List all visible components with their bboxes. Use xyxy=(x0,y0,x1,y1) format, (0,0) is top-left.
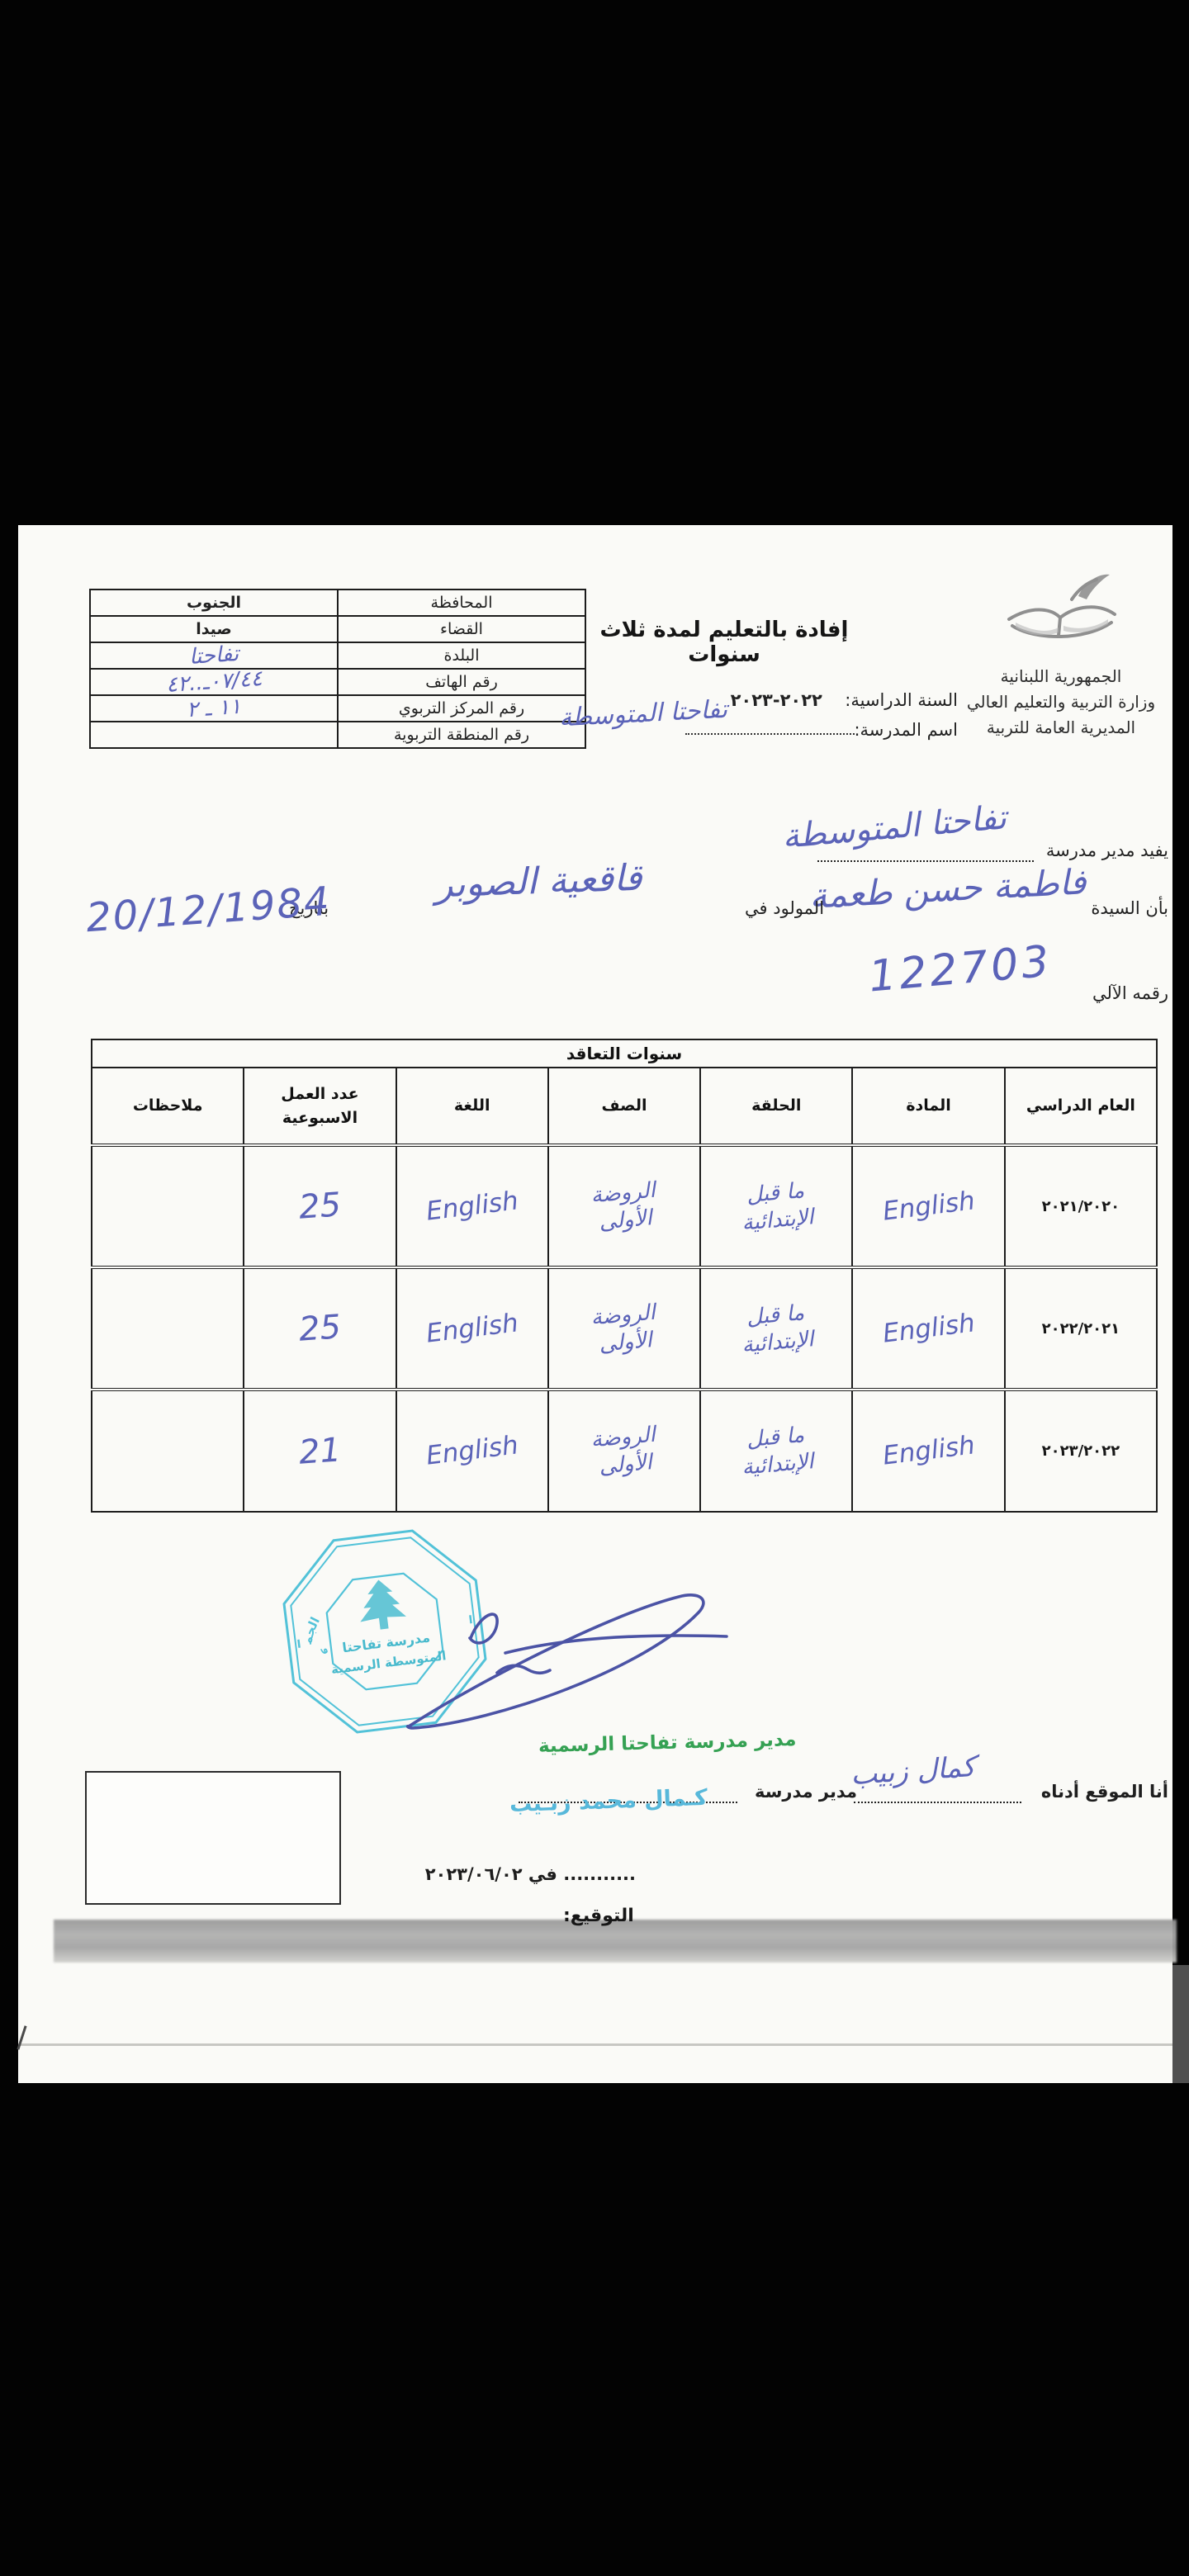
contract-cell xyxy=(92,1267,244,1390)
scanned-document-canvas: المحافظةالجنوبالقضاءصيداالبلدةتفاحتارقم … xyxy=(0,0,1189,2576)
info-table-row: المحافظةالجنوب xyxy=(90,590,585,616)
contract-cell: الروضةالأولى xyxy=(548,1267,700,1390)
school-name-label: اسم المدرسة: xyxy=(854,720,958,740)
contract-cell: English xyxy=(852,1145,1004,1267)
contract-cell: 21 xyxy=(244,1390,396,1512)
info-value: الجنوب xyxy=(90,590,338,616)
declaration-name-handwritten: كمال زبيب xyxy=(850,1753,976,1789)
contract-cell xyxy=(92,1145,244,1267)
signature-label: التوقيع: xyxy=(563,1906,634,1926)
contract-cell: ٢٠٢١/٢٠٢٠ xyxy=(1005,1145,1157,1267)
issue-date-line: ........... في ٢٠٢٣/٠٦/٠٢ xyxy=(425,1864,636,1884)
scan-edge-gray-strip xyxy=(1172,1965,1189,2083)
contract-years-table: سنوات التعاقد العام الدراسيالمادةالحلقةا… xyxy=(91,1039,1158,1513)
stamp-top-arc-text: الجمهورية اللبنانية xyxy=(273,1528,325,1650)
directorate-line: المديرية العامة للتربية xyxy=(966,715,1156,741)
empty-seal-box xyxy=(85,1771,341,1905)
svg-text:الجمهورية اللبنانية: الجمهورية اللبنانية xyxy=(273,1528,325,1650)
certificate-page: المحافظةالجنوبالقضاءصيداالبلدةتفاحتارقم … xyxy=(18,525,1172,2083)
contract-cell: English xyxy=(852,1390,1004,1512)
contract-column-header: عدد العمل الاسبوعية xyxy=(244,1068,396,1145)
director-signature-ink xyxy=(372,1556,743,1741)
document-title: إفادة بالتعليم لمدة ثلاث سنوات xyxy=(588,618,860,667)
registry-number-handwritten: 122703 xyxy=(867,940,1054,998)
info-table-row: البلدةتفاحتا xyxy=(90,642,585,669)
republic-line: الجمهورية اللبنانية xyxy=(966,664,1156,689)
contract-cell: ما قبلالإبتدائية xyxy=(700,1390,852,1512)
contract-column-header: الصف xyxy=(548,1068,700,1145)
ministry-open-book-logo-icon xyxy=(999,568,1123,659)
school-year-value: ٢٠٢٢-٢٠٢٣ xyxy=(731,690,822,710)
ministry-header-text: الجمهورية اللبنانية وزارة التربية والتعل… xyxy=(966,664,1156,741)
info-value: تفاحتا xyxy=(90,642,338,669)
contract-cell: English xyxy=(396,1390,548,1512)
contract-cell: ٢٠٢٣/٢٠٢٢ xyxy=(1005,1390,1157,1512)
contract-table-row: ٢٠٢٢/٢٠٢١Englishما قبلالإبتدائيةالروضةال… xyxy=(92,1267,1157,1390)
info-label: رقم المنطقة التربوية xyxy=(338,722,585,748)
info-label: رقم الهاتف xyxy=(338,669,585,695)
statement-madam-label: بأن السيدة xyxy=(1091,898,1168,918)
declaration-middle: مدير مدرسة xyxy=(741,1782,857,1802)
contract-cell: English xyxy=(852,1267,1004,1390)
info-value xyxy=(90,722,338,748)
school-name-line: اسم المدرسة: xyxy=(854,720,958,740)
contract-cell xyxy=(92,1390,244,1512)
school-year-label: السنة الدراسية: xyxy=(845,690,958,710)
info-value: صيدا xyxy=(90,616,338,642)
scan-scratch-mark xyxy=(17,2025,26,2049)
contract-table-caption: سنوات التعاقد xyxy=(92,1039,1157,1068)
scan-faint-line-artifact xyxy=(18,2043,1172,2046)
contract-cell: ما قبلالإبتدائية xyxy=(700,1267,852,1390)
contract-cell: الروضةالأولى xyxy=(548,1390,700,1512)
contract-cell: ما قبلالإبتدائية xyxy=(700,1145,852,1267)
birthplace-handwritten: قاقعية الصوبر xyxy=(434,860,642,904)
contract-table-row: ٢٠٢١/٢٠٢٠Englishما قبلالإبتدائيةالروضةال… xyxy=(92,1145,1157,1267)
info-label: البلدة xyxy=(338,642,585,669)
contract-column-header: ملاحظات xyxy=(92,1068,244,1145)
info-value: ١١ ـ ٢ xyxy=(90,695,338,722)
contract-cell: 25 xyxy=(244,1267,396,1390)
contract-cell: ٢٠٢٢/٢٠٢١ xyxy=(1005,1267,1157,1390)
info-label: القضاء xyxy=(338,616,585,642)
info-table-row: رقم المركز التربوي١١ ـ ٢ xyxy=(90,695,585,722)
info-label: رقم المركز التربوي xyxy=(338,695,585,722)
contract-table-row: ٢٠٢٣/٢٠٢٢Englishما قبلالإبتدائيةالروضةال… xyxy=(92,1390,1157,1512)
info-table-row: رقم الهاتف٠٧/٤٤ـ..٤٢ xyxy=(90,669,585,695)
contract-column-header: العام الدراسي xyxy=(1005,1068,1157,1145)
declaration-prefix: أنا الموقع أدناه xyxy=(1041,1782,1168,1802)
contract-cell: English xyxy=(396,1267,548,1390)
contract-column-header: المادة xyxy=(852,1068,1004,1145)
info-table-row: رقم المنطقة التربوية xyxy=(90,722,585,748)
registry-number-label: رقمه الآلي xyxy=(1092,983,1168,1003)
info-value: ٠٧/٤٤ـ..٤٢ xyxy=(90,669,338,695)
info-table-row: القضاءصيدا xyxy=(90,616,585,642)
contract-cell: الروضةالأولى xyxy=(548,1145,700,1267)
contract-cell: English xyxy=(396,1145,548,1267)
statement-director-label: يفيد مدير مدرسة xyxy=(1046,841,1168,860)
info-label: المحافظة xyxy=(338,590,585,616)
ministry-line: وزارة التربية والتعليم العالي xyxy=(966,689,1156,715)
teacher-name-handwritten: فاطمة حسن طعمة xyxy=(808,864,1087,914)
header-info-table: المحافظةالجنوبالقضاءصيداالبلدةتفاحتارقم … xyxy=(89,589,586,749)
contract-column-header: الحلقة xyxy=(700,1068,852,1145)
born-in-label: المولود في xyxy=(745,898,824,918)
birthdate-handwritten: 20/12/1984 xyxy=(85,882,332,939)
contract-column-header: اللغة xyxy=(396,1068,548,1145)
school-year-line: السنة الدراسية: ٢٠٢٢-٢٠٢٣ xyxy=(731,690,958,710)
contract-cell: 25 xyxy=(244,1145,396,1267)
